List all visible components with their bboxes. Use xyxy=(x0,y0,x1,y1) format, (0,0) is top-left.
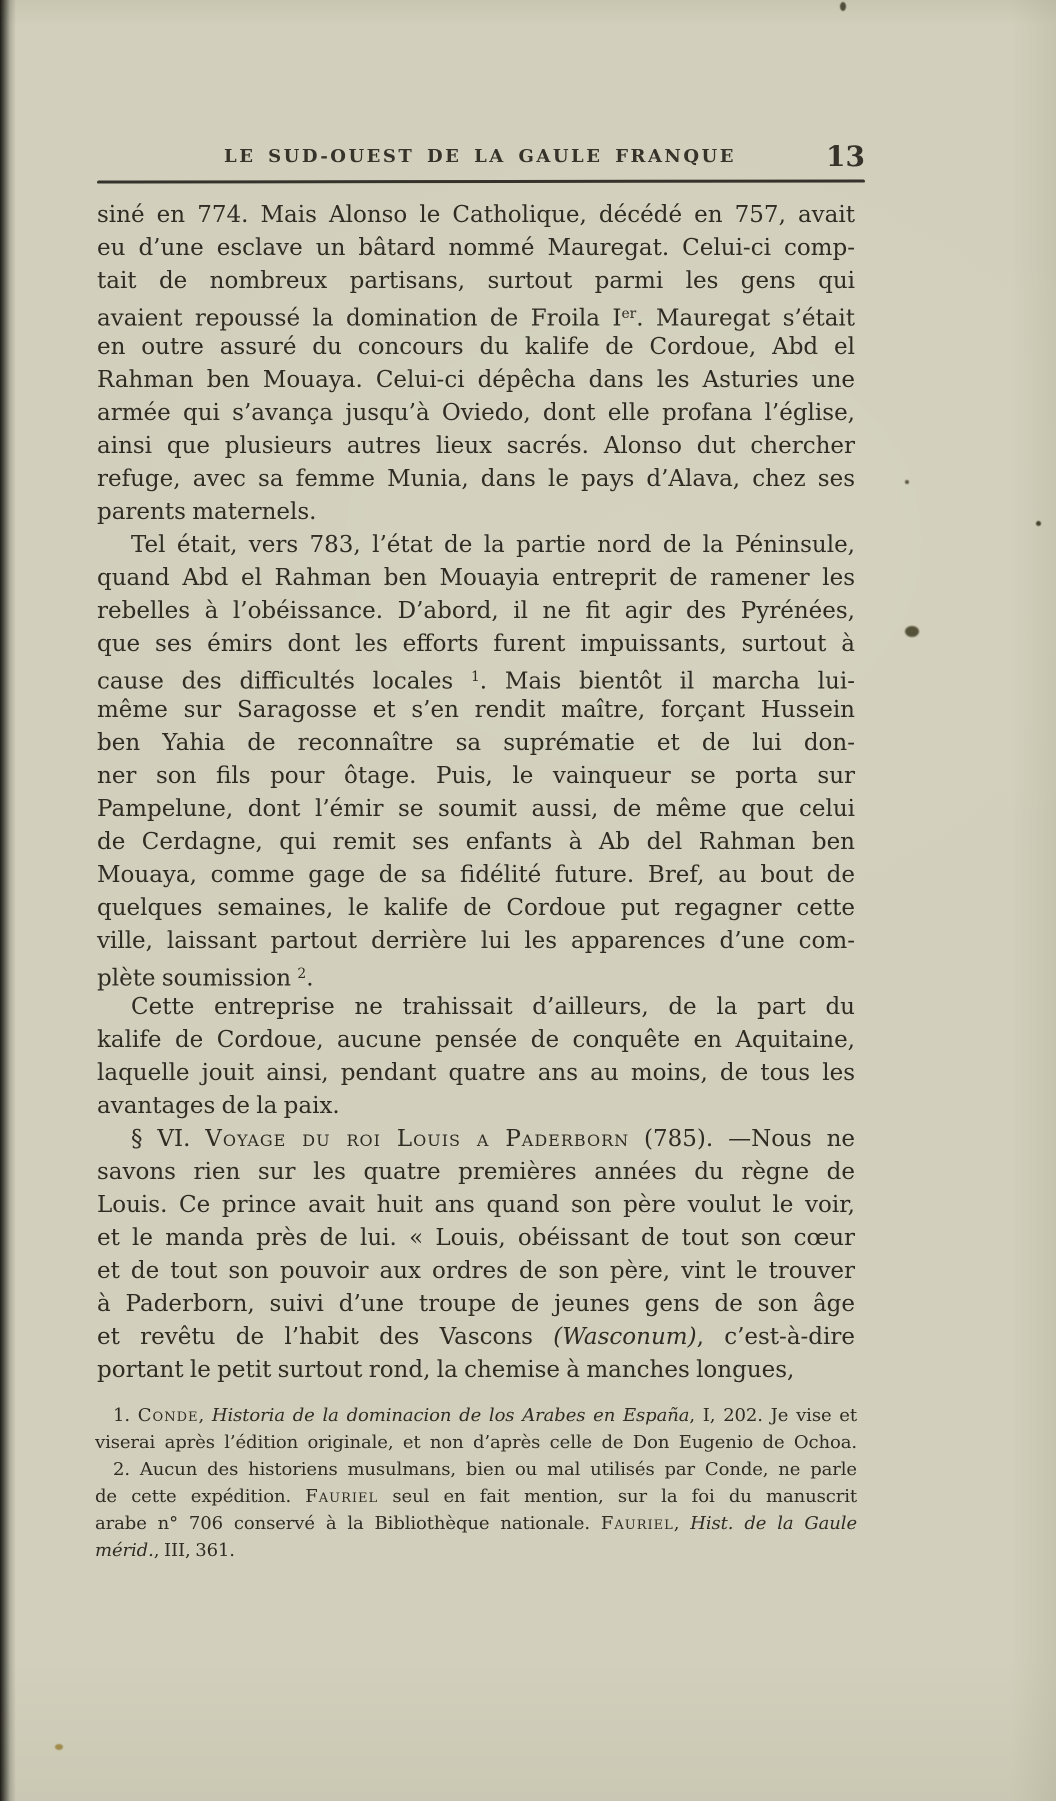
text-segment: même sur Saragosse et s’en rendit maître… xyxy=(97,697,855,723)
scanned-book-page: { "header": { "title": "LE SUD-OUEST DE … xyxy=(0,0,1056,1801)
text-segment: laquelle jouit ainsi, pendant quatre ans… xyxy=(97,1060,855,1086)
text-line: Tel était, vers 783, l’état de la partie… xyxy=(97,529,855,562)
text-segment: refuge, avec sa femme Munia, dans le pay… xyxy=(97,466,855,492)
page-number: 13 xyxy=(790,140,865,173)
text-line: de cette expédition. Fauriel seul en fai… xyxy=(95,1483,857,1510)
text-line: plète soumission 2. xyxy=(97,958,855,991)
text-segment: viserai après l’édition originale, et no… xyxy=(95,1432,857,1453)
text-segment-i: (Wasconum) xyxy=(553,1324,696,1350)
text-line: avaient repoussé la domination de Froila… xyxy=(97,298,855,331)
text-segment: de Cerdagne, qui remit ses enfants à Ab … xyxy=(97,829,855,855)
text-segment: Pampelune, dont l’émir se soumit aussi, … xyxy=(97,796,855,822)
text-segment-sup: er xyxy=(621,306,636,322)
text-segment: , xyxy=(674,1513,691,1534)
text-line: eu d’une esclave un bâtard nommé Maurega… xyxy=(97,232,855,265)
text-line: en outre assuré du concours du kalife de… xyxy=(97,331,855,364)
text-segment: kalife de Cordoue, aucune pensée de conq… xyxy=(97,1027,855,1053)
text-line: que ses émirs dont les efforts furent im… xyxy=(97,628,855,661)
text-segment-sup: 2 xyxy=(297,966,306,982)
text-segment: parents maternels. xyxy=(97,499,316,525)
text-segment: arabe n° 706 conservé à la Bibliothèque … xyxy=(95,1513,601,1534)
text-line: portant le petit surtout rond, la chemis… xyxy=(97,1354,855,1387)
text-segment: 2. Aucun des historiens musulmans, bien … xyxy=(113,1459,857,1480)
text-line: même sur Saragosse et s’en rendit maître… xyxy=(97,694,855,727)
text-segment: Cette entreprise ne trahissait d’ailleur… xyxy=(131,994,855,1020)
text-segment: (785). —Nous ne xyxy=(629,1126,855,1152)
text-line: Cette entreprise ne trahissait d’ailleur… xyxy=(97,991,855,1024)
text-line: arabe n° 706 conservé à la Bibliothèque … xyxy=(95,1510,857,1537)
text-segment: Louis. Ce prince avait huit ans quand so… xyxy=(97,1192,855,1218)
text-segment: Mouaya, comme gage de sa fidélité future… xyxy=(97,862,855,888)
text-line: Louis. Ce prince avait huit ans quand so… xyxy=(97,1189,855,1222)
text-line: tait de nombreux partisans, surtout parm… xyxy=(97,265,855,298)
text-line: laquelle jouit ainsi, pendant quatre ans… xyxy=(97,1057,855,1090)
ink-speck xyxy=(840,2,846,11)
text-segment: en outre assuré du concours du kalife de… xyxy=(97,334,855,360)
text-segment-i: Hist. de la Gaule xyxy=(690,1513,857,1534)
text-segment: savons rien sur les quatre premières ann… xyxy=(97,1159,855,1185)
text-line: kalife de Cordoue, aucune pensée de conq… xyxy=(97,1024,855,1057)
text-segment: portant le petit surtout rond, la chemis… xyxy=(97,1357,794,1383)
text-line: et de tout son pouvoir aux ordres de son… xyxy=(97,1255,855,1288)
text-segment: . xyxy=(306,966,313,992)
text-segment: rebelles à l’obéissance. D’abord, il ne … xyxy=(97,598,855,624)
text-line: à Paderborn, suivi d’une troupe de jeune… xyxy=(97,1288,855,1321)
header-rule xyxy=(97,179,865,183)
text-segment: , xyxy=(198,1405,211,1426)
text-segment: quelques semaines, le kalife de Cordoue … xyxy=(97,895,855,921)
text-segment: § VI. xyxy=(131,1126,205,1152)
text-segment: quand Abd el Rahman ben Mouayia entrepri… xyxy=(97,565,855,591)
text-segment: siné en 774. Mais Alonso le Catholique, … xyxy=(97,202,855,228)
ink-speck xyxy=(905,626,919,637)
text-segment-sc: Fauriel xyxy=(305,1486,378,1507)
text-line: avantages de la paix. xyxy=(97,1090,855,1123)
text-segment: avaient repoussé la domination de Froila… xyxy=(97,306,621,332)
running-header-title: LE SUD-OUEST DE LA GAULE FRANQUE xyxy=(170,146,790,167)
text-segment-i: Historia de la dominacion de los Arabes … xyxy=(212,1405,689,1426)
text-line: ner son fils pour ôtage. Puis, le vainqu… xyxy=(97,760,855,793)
text-line: § VI. Voyage du roi Louis a Paderborn (7… xyxy=(97,1123,855,1156)
text-line: armée qui s’avança jusqu’à Oviedo, dont … xyxy=(97,397,855,430)
text-segment: ainsi que plusieurs autres lieux sacrés.… xyxy=(97,433,855,459)
text-segment-sc: Conde xyxy=(138,1405,199,1426)
text-line: ben Yahia de reconnaître sa suprématie e… xyxy=(97,727,855,760)
text-segment: et le manda près de lui. « Louis, obéiss… xyxy=(97,1225,855,1251)
text-segment-sc: Voyage du roi Louis a Paderborn xyxy=(205,1126,629,1152)
text-line: mérid., III, 361. xyxy=(95,1537,857,1564)
text-segment: . Mais bientôt il marcha lui- xyxy=(480,669,855,695)
ink-speck xyxy=(905,480,909,484)
ink-speck xyxy=(1036,521,1041,526)
text-line: et revêtu de l’habit des Vascons (Wascon… xyxy=(97,1321,855,1354)
text-segment-sup: 1 xyxy=(471,669,480,685)
text-line: quand Abd el Rahman ben Mouayia entrepri… xyxy=(97,562,855,595)
text-segment: à Paderborn, suivi d’une troupe de jeune… xyxy=(97,1291,855,1317)
text-line: cause des difficultés locales 1. Mais bi… xyxy=(97,661,855,694)
text-segment: . Mauregat s’était xyxy=(636,306,855,332)
text-line: ville, laissant partout derrière lui les… xyxy=(97,925,855,958)
text-segment: ville, laissant partout derrière lui les… xyxy=(97,928,855,954)
text-line: parents maternels. xyxy=(97,496,855,529)
text-segment: de cette expédition. xyxy=(95,1486,305,1507)
text-line: et le manda près de lui. « Louis, obéiss… xyxy=(97,1222,855,1255)
body-text: siné en 774. Mais Alonso le Catholique, … xyxy=(97,199,855,1387)
text-line: savons rien sur les quatre premières ann… xyxy=(97,1156,855,1189)
text-segment: ben Yahia de reconnaître sa suprématie e… xyxy=(97,730,855,756)
text-segment: seul en fait mention, sur la foi du manu… xyxy=(378,1486,857,1507)
text-segment: tait de nombreux partisans, surtout parm… xyxy=(97,268,855,294)
text-segment: armée qui s’avança jusqu’à Oviedo, dont … xyxy=(97,400,855,426)
text-segment: plète soumission xyxy=(97,966,297,992)
text-segment: avantages de la paix. xyxy=(97,1093,340,1119)
text-segment: Tel était, vers 783, l’état de la partie… xyxy=(131,532,855,558)
text-line: rebelles à l’obéissance. D’abord, il ne … xyxy=(97,595,855,628)
text-line: 1. Conde, Historia de la dominacion de l… xyxy=(95,1402,857,1429)
text-line: Pampelune, dont l’émir se soumit aussi, … xyxy=(97,793,855,826)
text-line: siné en 774. Mais Alonso le Catholique, … xyxy=(97,199,855,232)
text-segment: et de tout son pouvoir aux ordres de son… xyxy=(97,1258,855,1284)
text-segment: , III, 361. xyxy=(154,1540,235,1561)
ink-speck xyxy=(55,1744,63,1750)
text-line: quelques semaines, le kalife de Cordoue … xyxy=(97,892,855,925)
text-line: 2. Aucun des historiens musulmans, bien … xyxy=(95,1456,857,1483)
text-segment: , c’est-à-dire xyxy=(697,1324,855,1350)
text-segment: que ses émirs dont les efforts furent im… xyxy=(97,631,855,657)
footnotes: 1. Conde, Historia de la dominacion de l… xyxy=(95,1402,857,1564)
text-segment: cause des difficultés locales xyxy=(97,669,471,695)
text-line: Rahman ben Mouaya. Celui-ci dépêcha dans… xyxy=(97,364,855,397)
text-line: de Cerdagne, qui remit ses enfants à Ab … xyxy=(97,826,855,859)
text-segment: 1. xyxy=(113,1405,138,1426)
text-segment-sc: Fauriel xyxy=(601,1513,674,1534)
text-segment: et revêtu de l’habit des Vascons xyxy=(97,1324,553,1350)
scan-edge-shadow xyxy=(0,0,16,1801)
text-line: viserai après l’édition originale, et no… xyxy=(95,1429,857,1456)
text-segment: , I, 202. Je vise et xyxy=(689,1405,857,1426)
text-line: ainsi que plusieurs autres lieux sacrés.… xyxy=(97,430,855,463)
text-segment: ner son fils pour ôtage. Puis, le vainqu… xyxy=(97,763,855,789)
text-line: Mouaya, comme gage de sa fidélité future… xyxy=(97,859,855,892)
text-segment: eu d’une esclave un bâtard nommé Maurega… xyxy=(97,235,855,261)
text-segment-i: mérid. xyxy=(95,1540,154,1561)
text-segment: Rahman ben Mouaya. Celui-ci dépêcha dans… xyxy=(97,367,855,393)
text-line: refuge, avec sa femme Munia, dans le pay… xyxy=(97,463,855,496)
